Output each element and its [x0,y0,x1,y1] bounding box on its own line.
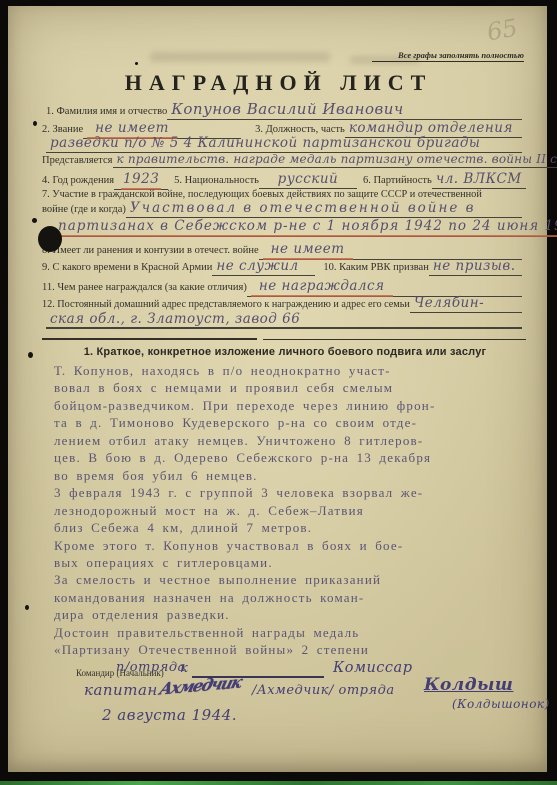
field-birth-year-value: 1923 [121,171,161,190]
commander-connector: к [180,661,188,676]
merit-line: Достоин правительственной награды медаль [54,624,532,641]
merit-line: вовал в боях с немцами и проявил себя см… [54,379,532,396]
field-wounds-row: 8. Имеет ли ранения и контузии в отечест… [42,240,522,260]
commissar-name-small: (Колдышонок) [452,697,550,711]
fill-all-fields-note: Все графы заполнять полностью [372,50,524,62]
merit-line: вых операциях с гитлеровцами. [54,554,532,571]
merit-line: командования назначен на должность коман… [54,589,532,606]
field-party-label: 6. Партийность [363,175,432,188]
pencil-page-number: 65 [485,14,520,47]
scanned-award-sheet: 65 Все графы заполнять полностью НАГРАДН… [0,0,557,785]
field-war-participation-row-1: 7. Участие в гражданской войне, последую… [42,189,526,200]
field-war-participation-value-1: Участвовал в отечественной войне в [126,200,522,218]
field-previous-awards-label: 11. Чем ранее награждался (за какие отли… [42,282,247,295]
ink-smudge [150,52,330,62]
field-birth-nationality-party-row: 4. Год рождения 1923 5. Национальность р… [42,170,522,190]
commissar-label: Комиссар [333,660,412,676]
merit-line: дира отделения разведки. [54,606,532,623]
merit-line: лением отбил атаку немцев. Уничтожено 8 … [54,432,532,449]
presented-for-label: Представляется [42,155,113,168]
merit-line: Кроме этого т. Копунов участвовал в боях… [54,537,532,554]
signature-date: 2 августа 1944. [102,706,237,724]
field-war-participation-value-2: партизанах в Себежском р-не с 1 ноября 1… [50,218,557,237]
field-nationality-value: русский [259,171,357,189]
field-army-since-value: не служил [212,258,315,276]
field-army-since-label: 9. С какого времени в Красной Армии [42,262,212,275]
field-name-row: 1. Фамилия имя и отчество Копунов Васили… [46,100,522,120]
field-war-participation-row-3: партизанах в Себежском р-не с 1 ноября 1… [46,217,522,237]
merit-line: цев. В бою в д. Одерево Себежского р-на … [54,449,532,466]
field-war-participation-label-2: войне (где и когда) [42,204,126,217]
merit-description: Т. Копунов, находясь в п/о неоднократно … [54,362,532,659]
speck [32,218,37,223]
field-wounds-label: 8. Имеет ли ранения и контузии в отечест… [42,245,259,258]
document-title: НАГРАДНОЙ ЛИСТ [0,70,557,96]
section-divider-left [42,338,257,340]
merit-line: За смелость и честное выполнение приказа… [54,571,532,588]
field-party-value: чл. ВЛКСМ [432,171,526,189]
commissar-signature: Колдыш [424,675,513,695]
commander-unit-overlay: п/отряда [116,660,186,675]
field-position-row-2: разведки п/о № 5 4 Калининской партизанс… [46,135,522,153]
field-position-value-2: разведки п/о № 5 4 Калининской партизанс… [46,135,522,153]
merit-line: бойцом-разведчиком. При переходе через л… [54,397,532,414]
field-war-participation-row-2: войне (где и когда) Участвовал в отечест… [42,200,522,218]
merit-line: лезнодорожный мост на ж. д. Себеж–Латвия [54,502,532,519]
presented-for-row: Представляется к правительств. награде м… [42,152,522,168]
commissar-name-paren: /Ахмедчик/ отряда [252,683,395,698]
ink-blot [38,226,62,252]
speck [135,62,138,65]
presented-for-value: к правительств. награде медаль партизану… [113,152,557,168]
section-divider-right [263,339,526,340]
merit-line: «Партизану Отечественной войны» 2 степен… [54,641,532,658]
field-nationality-label: 5. Национальность [174,175,259,188]
speck [28,352,33,358]
scanner-green-strip [0,781,557,785]
merit-section-heading: 1. Краткое, конкретное изложение личного… [48,346,522,358]
field-rvk-value: не призыв. [429,258,522,276]
merit-line: близ Себежа 4 км, длиной 7 метров. [54,519,532,536]
field-birth-year-label: 4. Год рождения [42,175,114,188]
field-name-value: Копунов Василий Иванович [167,100,522,120]
merit-line: Т. Копунов, находясь в п/о неоднократно … [54,362,532,379]
commander-rank: капитан [84,681,158,699]
field-army-rvk-row: 9. С какого времени в Красной Армии не с… [42,258,522,276]
field-war-participation-label-1: 7. Участие в гражданской войне, последую… [42,189,482,200]
merit-line: 3 февраля 1943 г. с группой 3 человека в… [54,484,532,501]
speck [33,121,37,126]
field-previous-awards-row: 11. Чем ранее награждался (за какие отли… [42,277,522,297]
field-rvk-label: 10. Каким РВК призван [323,262,428,275]
field-home-address-blank-line [46,312,522,327]
speck [25,605,29,610]
field-name-label: 1. Фамилия имя и отчество [46,106,167,119]
merit-line: та в д. Тимоново Кудеверского р-на со св… [54,414,532,431]
merit-line: во время боя убил 6 немцев. [54,467,532,484]
